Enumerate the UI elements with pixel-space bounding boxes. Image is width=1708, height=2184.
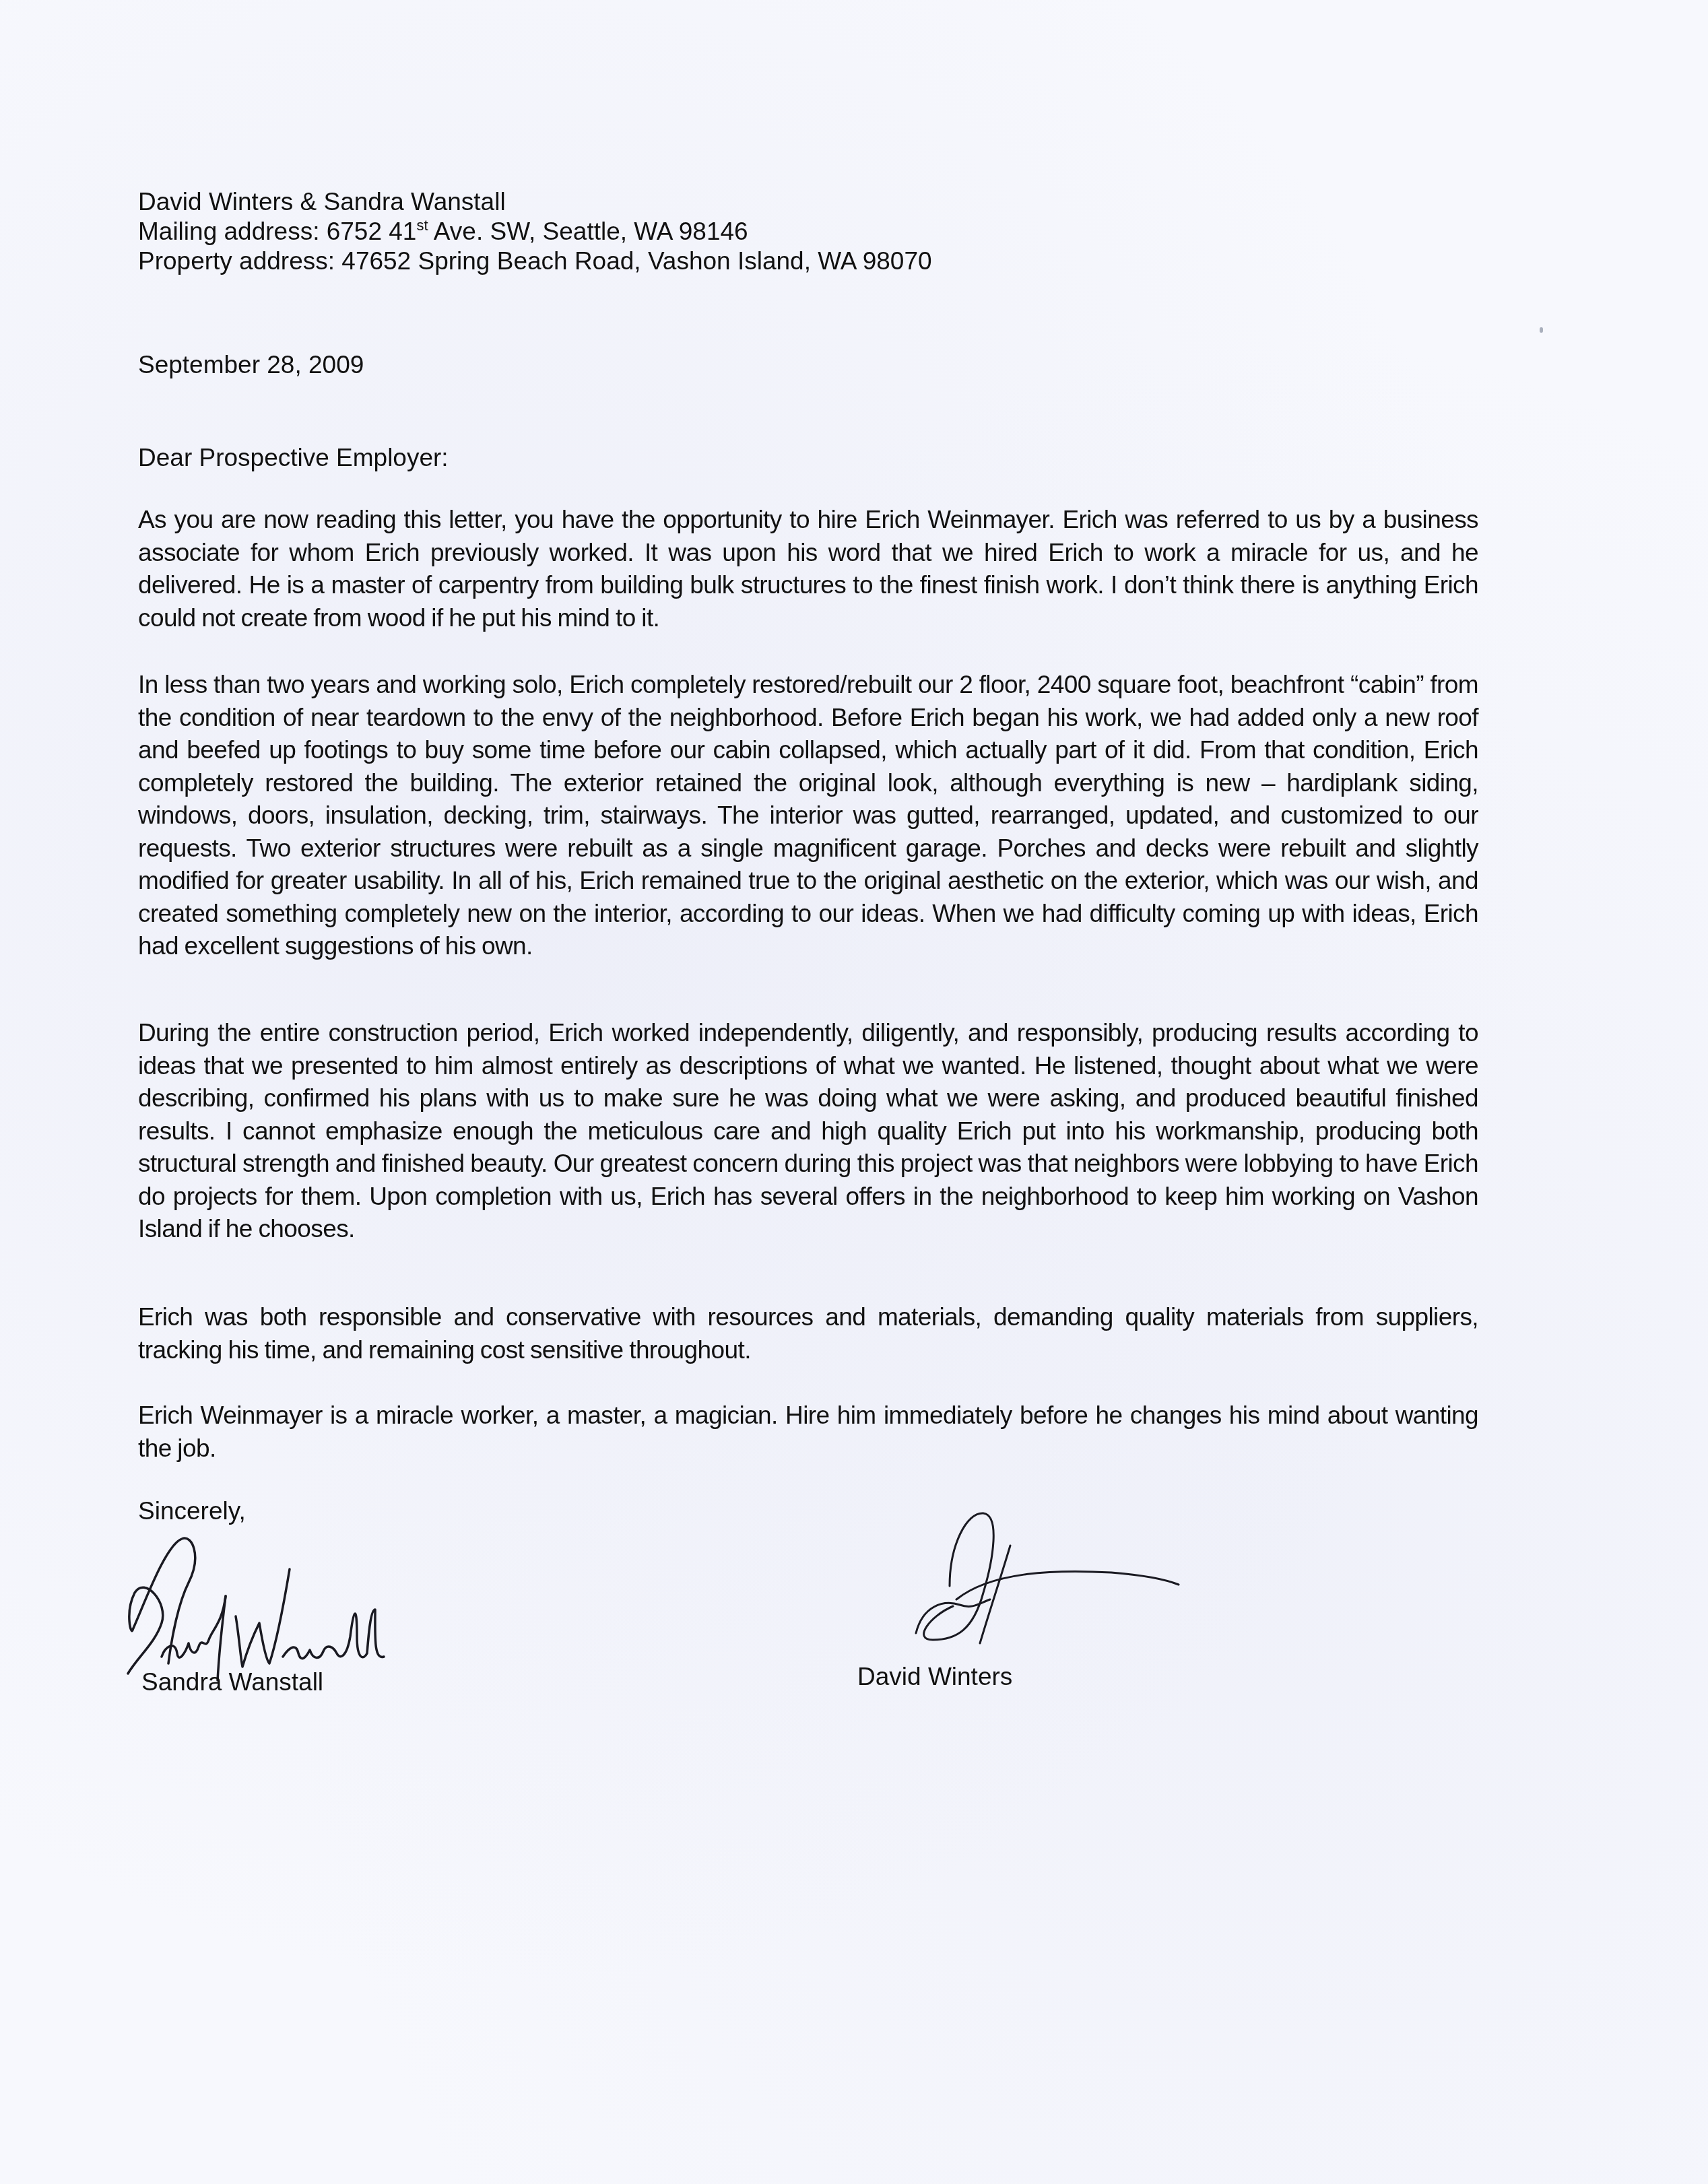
signature-david-icon xyxy=(855,1505,1239,1660)
paragraph-2: In less than two years and working solo,… xyxy=(138,669,1478,963)
letter-page: David Winters & Sandra Wanstall Mailing … xyxy=(0,0,1708,2184)
signatory-name-david: David Winters xyxy=(857,1662,1012,1692)
signatory-name-sandra: Sandra Wanstall xyxy=(141,1667,323,1697)
signature-sandra-icon xyxy=(125,1529,448,1690)
salutation: Dear Prospective Employer: xyxy=(138,443,1478,473)
letter-header: David Winters & Sandra Wanstall Mailing … xyxy=(138,187,1478,276)
paragraph-1: As you are now reading this letter, you … xyxy=(138,504,1478,634)
mailing-address-number: Mailing address: 6752 41 xyxy=(138,218,416,245)
paragraph-5: Erich Weinmayer is a miracle worker, a m… xyxy=(138,1399,1478,1465)
property-address: Property address: 47652 Spring Beach Roa… xyxy=(138,246,1478,276)
ordinal-suffix: st xyxy=(416,217,428,234)
paragraph-3: During the entire construction period, E… xyxy=(138,1017,1478,1246)
paper-speck xyxy=(1540,327,1543,333)
letter-date: September 28, 2009 xyxy=(138,350,1478,380)
mailing-address-rest: Ave. SW, Seattle, WA 98146 xyxy=(428,218,748,245)
mailing-address: Mailing address: 6752 41st Ave. SW, Seat… xyxy=(138,217,1478,246)
closing: Sincerely, xyxy=(138,1496,1478,1526)
sender-names: David Winters & Sandra Wanstall xyxy=(138,187,1478,217)
paragraph-4: Erich was both responsible and conservat… xyxy=(138,1301,1478,1366)
